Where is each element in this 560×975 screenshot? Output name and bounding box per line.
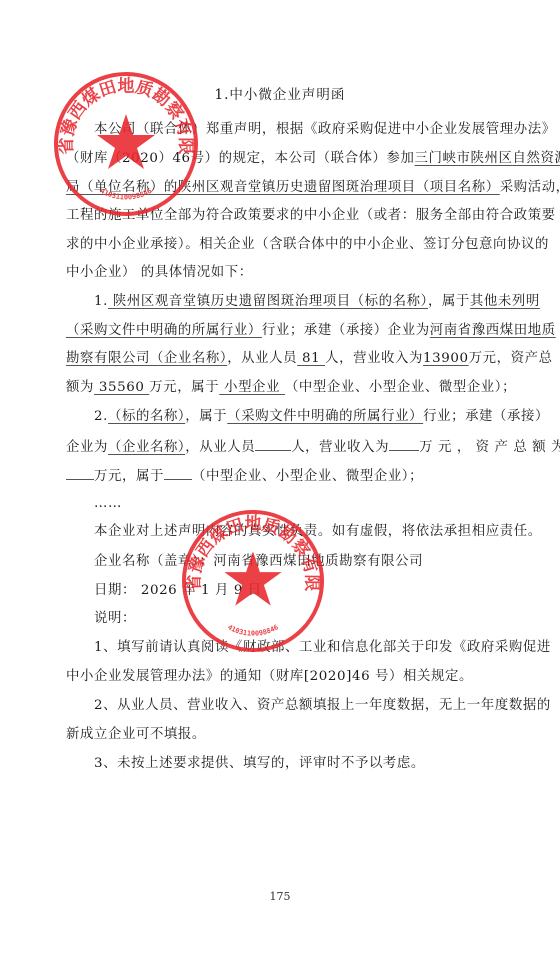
item1-revenue: 13900	[423, 351, 469, 366]
item2-line-3: 万元，属于（中型企业、小型企业、微型企业）；	[66, 466, 550, 486]
page-title: 1.中小微企业声明函	[0, 83, 560, 103]
declaration: 本企业对上述声明内容的真实性负责。如有虚假，将依法承担相应责任。	[94, 523, 550, 541]
stamp-company-text: 河南省豫西煤田地质勘察有限公司	[180, 508, 322, 592]
notes-title: 说明：	[94, 610, 550, 628]
note-1-line-1: 1、填写前请认真阅读《财政部、工业和信息化部关于印发《政府采购促进	[94, 639, 550, 657]
note-2-line-1: 2、从业人员、营业收入、资产总额填报上一年度数据，无上一年度数据的	[94, 697, 550, 715]
intro-line-4: 工程的施工单位全部为符合政策要求的中小企业（或者：服务全部由符合政策要	[66, 207, 550, 225]
item1-line-2: （采购文件中明确的所属行业）行业；承建（承接）企业为河南省豫西煤田地质	[66, 322, 550, 340]
project-name: 局（单位名称）的陕州区观音堂镇历史遗留图斑治理项目（项目名称）	[66, 180, 500, 195]
item2-line-1: 2.（标的名称），属于（采购文件中明确的所属行业）行业；承建（承接）	[94, 408, 550, 426]
intro-line-5: 求的中小企业承接）。相关企业（含联合体中的中小企业、签订分包意向协议的	[66, 236, 550, 254]
note-2-line-2: 新成立企业可不填报。	[66, 726, 550, 744]
note-1-line-2: 中小企业发展管理办法》的通知（财库[2020]46 号）相关规定。	[66, 668, 550, 686]
company-signature: 企业名称（盖章）：河南省豫西煤田地质勘察有限公司	[94, 553, 550, 571]
date-line: 日期： 2026 年 1 月 9 日	[94, 582, 550, 600]
intro-line-3: 局（单位名称）的陕州区观音堂镇历史遗留图斑治理项目（项目名称）采购活动，	[66, 179, 550, 197]
item1-employees: 81	[297, 351, 325, 366]
item2-line-2: 企业为（企业名称），从业人员人，营业收入为万 元 ， 资 产 总 额 为	[66, 437, 550, 457]
note-3: 3、未按上述要求提供、填写的，评审时不予以考虑。	[94, 755, 550, 773]
item1-industry: 其他未列明	[470, 294, 540, 309]
item1-assets: 35560	[94, 380, 149, 395]
item1-company: 河南省豫西煤田地质	[430, 323, 556, 338]
item1-line-4: 额为 35560 万元，属于 小型企业 （中型企业、小型企业、微型企业）；	[66, 379, 550, 397]
item2-employees-blank	[255, 437, 291, 451]
intro-line-1: 本公司（联合体）郑重声明，根据《政府采购促进中小企业发展管理办法》	[94, 121, 550, 139]
document-page: 1.中小微企业声明函 本公司（联合体）郑重声明，根据《政府采购促进中小企业发展管…	[0, 0, 560, 975]
item2-size-blank	[164, 466, 192, 480]
purchaser-name: 三门峡市陕州区自然资源	[415, 151, 560, 166]
item2-revenue-blank	[389, 437, 419, 451]
item1-project: 陕州区观音堂镇历史遗留图斑治理项目（标的名称）	[108, 294, 428, 309]
item1-line-3: 勘察有限公司（企业名称），从业人员 81 人，营业收入为13900万元，资产总	[66, 350, 550, 368]
item1-size: 小型企业	[219, 380, 285, 395]
page-number: 175	[0, 890, 560, 903]
intro-line-2: （财库（2020）46号）的规定，本公司（联合体）参加三门峡市陕州区自然资源	[66, 150, 550, 168]
intro-line-6: 中小企业） 的具体情况如下：	[66, 264, 550, 282]
item1-line-1: 1. 陕州区观音堂镇历史遗留图斑治理项目（标的名称），属于其他未列明	[94, 293, 550, 311]
item2-assets-blank	[66, 466, 94, 480]
ellipsis: ……	[94, 495, 550, 513]
